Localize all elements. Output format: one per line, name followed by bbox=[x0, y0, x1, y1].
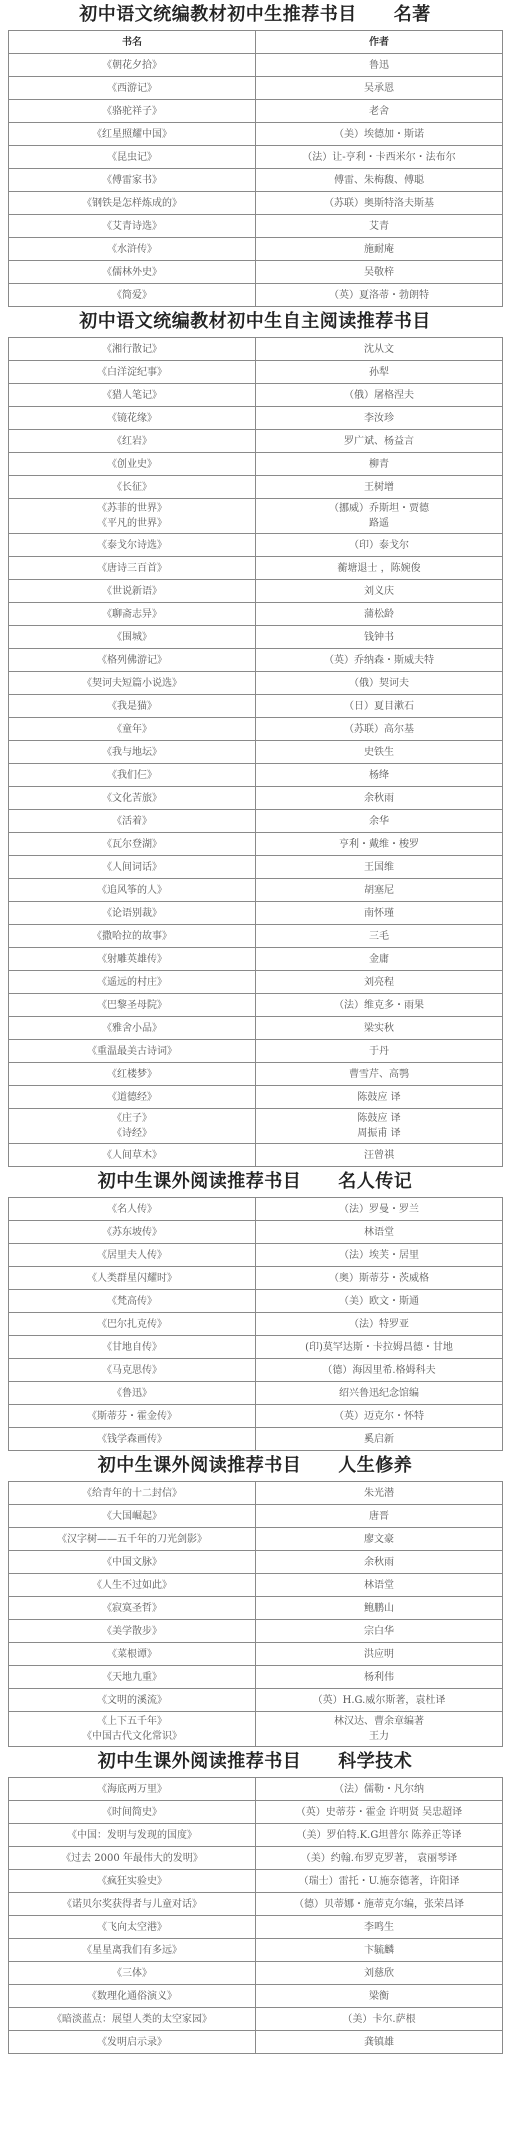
book-title-cell: 《雅舍小品》 bbox=[9, 1017, 256, 1040]
book-title-cell: 《傅雷家书》 bbox=[9, 169, 256, 192]
author-cell: 傅雷、朱梅馥、傅聪 bbox=[256, 169, 503, 192]
section-title: 初中生课外阅读推荐书目 名人传记 bbox=[0, 1167, 510, 1197]
author-cell: 余华 bbox=[256, 810, 503, 833]
book-title-cell: 《中国文脉》 bbox=[9, 1551, 256, 1574]
author-cell: 林语堂 bbox=[256, 1574, 503, 1597]
table-row: 《大国崛起》唐晋 bbox=[9, 1505, 503, 1528]
table-row: 《创业史》柳青 bbox=[9, 453, 503, 476]
author-cell: （印）泰戈尔 bbox=[256, 534, 503, 557]
table-row: 《红星照耀中国》（美）埃德加・斯诺 bbox=[9, 123, 503, 146]
author-cell: 陈鼓应 译 周振甫 译 bbox=[256, 1109, 503, 1144]
table-row: 《斯蒂芬・霍金传》（英）迈克尔・怀特 bbox=[9, 1405, 503, 1428]
table-row: 《我是猫》（日）夏目漱石 bbox=[9, 695, 503, 718]
table-row: 《人间草木》汪曾祺 bbox=[9, 1144, 503, 1167]
section-title: 初中语文统编教材初中生自主阅读推荐书目 bbox=[0, 307, 510, 337]
table-row: 《我们仨》杨绛 bbox=[9, 764, 503, 787]
table-row: 《撒哈拉的故事》三毛 bbox=[9, 925, 503, 948]
table-row: 《格列佛游记》（英）乔纳森・斯威夫特 bbox=[9, 649, 503, 672]
author-cell: （英）迈克尔・怀特 bbox=[256, 1405, 503, 1428]
table-row: 《艾青诗选》艾青 bbox=[9, 215, 503, 238]
section-title: 初中生课外阅读推荐书目 科学技术 bbox=[0, 1747, 510, 1777]
author-cell: 罗广斌、杨益言 bbox=[256, 430, 503, 453]
author-cell: （法）维克多・雨果 bbox=[256, 994, 503, 1017]
book-title-cell: 《唐诗三百首》 bbox=[9, 557, 256, 580]
book-title-cell: 《追风筝的人》 bbox=[9, 879, 256, 902]
table-row: 《瓦尔登湖》亨利・戴维・梭罗 bbox=[9, 833, 503, 856]
author-cell: （日）夏目漱石 bbox=[256, 695, 503, 718]
author-cell: （法）儒勒・凡尔纳 bbox=[256, 1778, 503, 1801]
section-title: 初中生课外阅读推荐书目 人生修养 bbox=[0, 1451, 510, 1481]
book-title-cell: 《活着》 bbox=[9, 810, 256, 833]
book-title-cell: 《天地九重》 bbox=[9, 1666, 256, 1689]
book-title-cell: 《朝花夕拾》 bbox=[9, 54, 256, 77]
book-title-cell: 《围城》 bbox=[9, 626, 256, 649]
table-row: 《水浒传》施耐庵 bbox=[9, 238, 503, 261]
table-row: 《文明的溪流》（英）H.G.威尔斯著，袁杜译 bbox=[9, 1689, 503, 1712]
author-cell: 宗白华 bbox=[256, 1620, 503, 1643]
table-row: 《钢铁是怎样炼成的》（苏联）奥斯特洛夫斯基 bbox=[9, 192, 503, 215]
book-title-cell: 《简爱》 bbox=[9, 284, 256, 307]
table-row: 《人间词话》王国维 bbox=[9, 856, 503, 879]
book-title-cell: 《马克思传》 bbox=[9, 1359, 256, 1382]
table-row: 《长征》王树增 bbox=[9, 476, 503, 499]
table-row: 《诺贝尔奖获得者与儿童对话》（德）贝蒂娜・施蒂克尔编，张荣昌译 bbox=[9, 1893, 503, 1916]
table-row: 《天地九重》杨利伟 bbox=[9, 1666, 503, 1689]
author-cell: 唐晋 bbox=[256, 1505, 503, 1528]
book-title-cell: 《文化苦旅》 bbox=[9, 787, 256, 810]
book-table: 《湘行散记》沈从文《白洋淀纪事》孙犁《猎人笔记》（俄）屠格涅夫《镜花缘》李汝珍《… bbox=[8, 337, 503, 1167]
book-title-cell: 《巴黎圣母院》 bbox=[9, 994, 256, 1017]
author-cell: 余秋雨 bbox=[256, 787, 503, 810]
book-title-cell: 《人生不过如此》 bbox=[9, 1574, 256, 1597]
table-row: 《菜根谭》洪应明 bbox=[9, 1643, 503, 1666]
table-row: 《数理化通俗演义》梁衡 bbox=[9, 1985, 503, 2008]
author-cell: （英）史蒂芬・霍金 许明贤 吴忠超译 bbox=[256, 1801, 503, 1824]
book-title-cell: 《暗淡蓝点：展望人类的太空家园》 bbox=[9, 2008, 256, 2031]
table-row: 《论语别裁》南怀瑾 bbox=[9, 902, 503, 925]
book-title-cell: 《大国崛起》 bbox=[9, 1505, 256, 1528]
book-title-cell: 《鲁迅》 bbox=[9, 1382, 256, 1405]
author-cell: 钱钟书 bbox=[256, 626, 503, 649]
author-cell: （法）让-亨利・卡西米尔・法布尔 bbox=[256, 146, 503, 169]
book-title-cell: 《人间词话》 bbox=[9, 856, 256, 879]
book-title-cell: 《人类群星闪耀时》 bbox=[9, 1267, 256, 1290]
author-cell: 梁衡 bbox=[256, 1985, 503, 2008]
table-row: 《疯狂实验史》（瑞士）雷托・U.施奈德著，许阳译 bbox=[9, 1870, 503, 1893]
author-cell: （美）卡尔.萨根 bbox=[256, 2008, 503, 2031]
author-cell: 李鸣生 bbox=[256, 1916, 503, 1939]
table-row: 《鲁迅》绍兴鲁迅纪念馆编 bbox=[9, 1382, 503, 1405]
table-row: 《汉字树——五千年的刀光剑影》廖文豪 bbox=[9, 1528, 503, 1551]
author-cell: 施耐庵 bbox=[256, 238, 503, 261]
book-title-cell: 《儒林外史》 bbox=[9, 261, 256, 284]
author-cell: 南怀瑾 bbox=[256, 902, 503, 925]
book-title-cell: 《射雕英雄传》 bbox=[9, 948, 256, 971]
author-cell: 绍兴鲁迅纪念馆编 bbox=[256, 1382, 503, 1405]
book-title-cell: 《飞向太空港》 bbox=[9, 1916, 256, 1939]
table-row: 《给青年的十二封信》朱光潜 bbox=[9, 1482, 503, 1505]
book-title-cell: 《过去 2000 年最伟大的发明》 bbox=[9, 1847, 256, 1870]
book-title-cell: 《中国：发明与发现的国度》 bbox=[9, 1824, 256, 1847]
author-cell: 汪曾祺 bbox=[256, 1144, 503, 1167]
table-row: 《昆虫记》（法）让-亨利・卡西米尔・法布尔 bbox=[9, 146, 503, 169]
book-title-cell: 《道德经》 bbox=[9, 1086, 256, 1109]
author-cell: （法）特罗亚 bbox=[256, 1313, 503, 1336]
book-title-cell: 《诺贝尔奖获得者与儿童对话》 bbox=[9, 1893, 256, 1916]
author-cell: 吴承恩 bbox=[256, 77, 503, 100]
table-row: 《苏东坡传》林语堂 bbox=[9, 1221, 503, 1244]
table-row: 《钱学森画传》奚启新 bbox=[9, 1428, 503, 1451]
table-row: 《唐诗三百首》蘅塘退士 ，陈婉俊 bbox=[9, 557, 503, 580]
table-row: 《飞向太空港》李鸣生 bbox=[9, 1916, 503, 1939]
author-cell: （美）埃德加・斯诺 bbox=[256, 123, 503, 146]
table-row: 《暗淡蓝点：展望人类的太空家园》（美）卡尔.萨根 bbox=[9, 2008, 503, 2031]
book-title-cell: 《苏菲的世界》 《平凡的世界》 bbox=[9, 499, 256, 534]
author-cell: 刘慈欣 bbox=[256, 1962, 503, 1985]
author-cell: （美）罗伯特.K.G坦普尔 陈养正等译 bbox=[256, 1824, 503, 1847]
author-cell: （法）埃芙・居里 bbox=[256, 1244, 503, 1267]
table-row: 《巴尔扎克传》（法）特罗亚 bbox=[9, 1313, 503, 1336]
book-title-cell: 《时间简史》 bbox=[9, 1801, 256, 1824]
table-row: 《世说新语》刘义庆 bbox=[9, 580, 503, 603]
author-cell: （美）约翰.布罗克罗著， 袁丽琴译 bbox=[256, 1847, 503, 1870]
book-title-cell: 《海底两万里》 bbox=[9, 1778, 256, 1801]
author-cell: （奥）斯蒂芬・茨威格 bbox=[256, 1267, 503, 1290]
column-header-author: 作者 bbox=[256, 31, 503, 54]
table-row: 《名人传》（法）罗曼・罗兰 bbox=[9, 1198, 503, 1221]
author-cell: 洪应明 bbox=[256, 1643, 503, 1666]
table-row: 《白洋淀纪事》孙犁 bbox=[9, 361, 503, 384]
book-title-cell: 《聊斋志异》 bbox=[9, 603, 256, 626]
table-row: 《中国：发明与发现的国度》（美）罗伯特.K.G坦普尔 陈养正等译 bbox=[9, 1824, 503, 1847]
author-cell: 林语堂 bbox=[256, 1221, 503, 1244]
book-title-cell: 《斯蒂芬・霍金传》 bbox=[9, 1405, 256, 1428]
author-cell: 柳青 bbox=[256, 453, 503, 476]
section-title: 初中语文统编教材初中生推荐书目 名著 bbox=[0, 0, 510, 30]
author-cell: 刘义庆 bbox=[256, 580, 503, 603]
table-row: 《泰戈尔诗选》（印）泰戈尔 bbox=[9, 534, 503, 557]
table-row: 《重温最美古诗词》于丹 bbox=[9, 1040, 503, 1063]
author-cell: 老舍 bbox=[256, 100, 503, 123]
author-cell: 曹雪芹、高鹗 bbox=[256, 1063, 503, 1086]
table-row: 《寂寞圣哲》鲍鹏山 bbox=[9, 1597, 503, 1620]
author-cell: 王树增 bbox=[256, 476, 503, 499]
table-row: 《马克思传》（德）海因里希.格姆科夫 bbox=[9, 1359, 503, 1382]
author-cell: （德）海因里希.格姆科夫 bbox=[256, 1359, 503, 1382]
author-cell: 梁实秋 bbox=[256, 1017, 503, 1040]
table-row: 《人生不过如此》林语堂 bbox=[9, 1574, 503, 1597]
author-cell: （俄）屠格涅夫 bbox=[256, 384, 503, 407]
book-title-cell: 《苏东坡传》 bbox=[9, 1221, 256, 1244]
table-row: 《雅舍小品》梁实秋 bbox=[9, 1017, 503, 1040]
book-title-cell: 《巴尔扎克传》 bbox=[9, 1313, 256, 1336]
book-table: 书名作者《朝花夕拾》鲁迅《西游记》吴承恩《骆驼祥子》老舍《红星照耀中国》（美）埃… bbox=[8, 30, 503, 307]
author-cell: 蒲松龄 bbox=[256, 603, 503, 626]
table-row: 《庄子》 《诗经》陈鼓应 译 周振甫 译 bbox=[9, 1109, 503, 1144]
book-title-cell: 《人间草木》 bbox=[9, 1144, 256, 1167]
table-row: 《追风筝的人》胡塞尼 bbox=[9, 879, 503, 902]
author-cell: 余秋雨 bbox=[256, 1551, 503, 1574]
table-row: 《契诃夫短篇小说选》（俄）契诃夫 bbox=[9, 672, 503, 695]
author-cell: 刘亮程 bbox=[256, 971, 503, 994]
book-title-cell: 《西游记》 bbox=[9, 77, 256, 100]
table-row: 《梵高传》（美）欧文・斯通 bbox=[9, 1290, 503, 1313]
author-cell: 杨利伟 bbox=[256, 1666, 503, 1689]
author-cell: 李汝珍 bbox=[256, 407, 503, 430]
author-cell: 鲍鹏山 bbox=[256, 1597, 503, 1620]
author-cell: 金庸 bbox=[256, 948, 503, 971]
book-title-cell: 《红楼梦》 bbox=[9, 1063, 256, 1086]
book-title-cell: 《重温最美古诗词》 bbox=[9, 1040, 256, 1063]
column-header-book: 书名 bbox=[9, 31, 256, 54]
author-cell: 王国维 bbox=[256, 856, 503, 879]
book-title-cell: 《长征》 bbox=[9, 476, 256, 499]
author-cell: （瑞士）雷托・U.施奈德著，许阳译 bbox=[256, 1870, 503, 1893]
author-cell: (印)莫罕达斯・卡拉姆昌德・甘地 bbox=[256, 1336, 503, 1359]
book-title-cell: 《我是猫》 bbox=[9, 695, 256, 718]
author-cell: 于丹 bbox=[256, 1040, 503, 1063]
book-title-cell: 《撒哈拉的故事》 bbox=[9, 925, 256, 948]
table-row: 《红岩》罗广斌、杨益言 bbox=[9, 430, 503, 453]
author-cell: 龚镇雄 bbox=[256, 2031, 503, 2054]
author-cell: 孙犁 bbox=[256, 361, 503, 384]
author-cell: （苏联）奥斯特洛夫斯基 bbox=[256, 192, 503, 215]
table-row: 《镜花缘》李汝珍 bbox=[9, 407, 503, 430]
book-title-cell: 《发明启示录》 bbox=[9, 2031, 256, 2054]
table-row: 《儒林外史》吴敬梓 bbox=[9, 261, 503, 284]
book-title-cell: 《水浒传》 bbox=[9, 238, 256, 261]
table-row: 《时间简史》（英）史蒂芬・霍金 许明贤 吴忠超译 bbox=[9, 1801, 503, 1824]
table-row: 《星星离我们有多远》卞毓麟 bbox=[9, 1939, 503, 1962]
book-title-cell: 《湘行散记》 bbox=[9, 338, 256, 361]
table-header-row: 书名作者 bbox=[9, 31, 503, 54]
book-title-cell: 《文明的溪流》 bbox=[9, 1689, 256, 1712]
table-row: 《上下五千年》 《中国古代文化常识》林汉达、曹余章编著 王力 bbox=[9, 1712, 503, 1747]
book-title-cell: 《钢铁是怎样炼成的》 bbox=[9, 192, 256, 215]
table-row: 《湘行散记》沈从文 bbox=[9, 338, 503, 361]
book-title-cell: 《猎人笔记》 bbox=[9, 384, 256, 407]
book-title-cell: 《菜根谭》 bbox=[9, 1643, 256, 1666]
table-row: 《道德经》陈鼓应 译 bbox=[9, 1086, 503, 1109]
table-row: 《过去 2000 年最伟大的发明》（美）约翰.布罗克罗著， 袁丽琴译 bbox=[9, 1847, 503, 1870]
table-row: 《射雕英雄传》金庸 bbox=[9, 948, 503, 971]
book-title-cell: 《星星离我们有多远》 bbox=[9, 1939, 256, 1962]
table-row: 《西游记》吴承恩 bbox=[9, 77, 503, 100]
table-row: 《简爱》（英）夏洛蒂・勃朗特 bbox=[9, 284, 503, 307]
book-title-cell: 《我们仨》 bbox=[9, 764, 256, 787]
author-cell: （挪威）乔斯坦・贾德 路遥 bbox=[256, 499, 503, 534]
book-title-cell: 《论语别裁》 bbox=[9, 902, 256, 925]
author-cell: （美）欧文・斯通 bbox=[256, 1290, 503, 1313]
author-cell: 杨绛 bbox=[256, 764, 503, 787]
author-cell: 三毛 bbox=[256, 925, 503, 948]
book-title-cell: 《童年》 bbox=[9, 718, 256, 741]
table-row: 《美学散步》宗白华 bbox=[9, 1620, 503, 1643]
table-row: 《中国文脉》余秋雨 bbox=[9, 1551, 503, 1574]
table-row: 《聊斋志异》蒲松龄 bbox=[9, 603, 503, 626]
author-cell: 艾青 bbox=[256, 215, 503, 238]
book-title-cell: 《三体》 bbox=[9, 1962, 256, 1985]
book-title-cell: 《创业史》 bbox=[9, 453, 256, 476]
book-title-cell: 《世说新语》 bbox=[9, 580, 256, 603]
book-title-cell: 《庄子》 《诗经》 bbox=[9, 1109, 256, 1144]
table-row: 《傅雷家书》傅雷、朱梅馥、傅聪 bbox=[9, 169, 503, 192]
book-table: 《名人传》（法）罗曼・罗兰《苏东坡传》林语堂《居里夫人传》（法）埃芙・居里《人类… bbox=[8, 1197, 503, 1451]
author-cell: 奚启新 bbox=[256, 1428, 503, 1451]
book-title-cell: 《瓦尔登湖》 bbox=[9, 833, 256, 856]
author-cell: （英）H.G.威尔斯著，袁杜译 bbox=[256, 1689, 503, 1712]
book-title-cell: 《甘地自传》 bbox=[9, 1336, 256, 1359]
author-cell: （德）贝蒂娜・施蒂克尔编，张荣昌译 bbox=[256, 1893, 503, 1916]
book-title-cell: 《白洋淀纪事》 bbox=[9, 361, 256, 384]
book-title-cell: 《给青年的十二封信》 bbox=[9, 1482, 256, 1505]
table-row: 《甘地自传》(印)莫罕达斯・卡拉姆昌德・甘地 bbox=[9, 1336, 503, 1359]
book-title-cell: 《艾青诗选》 bbox=[9, 215, 256, 238]
book-title-cell: 《镜花缘》 bbox=[9, 407, 256, 430]
author-cell: 卞毓麟 bbox=[256, 1939, 503, 1962]
table-row: 《苏菲的世界》 《平凡的世界》（挪威）乔斯坦・贾德 路遥 bbox=[9, 499, 503, 534]
book-title-cell: 《汉字树——五千年的刀光剑影》 bbox=[9, 1528, 256, 1551]
table-row: 《文化苦旅》余秋雨 bbox=[9, 787, 503, 810]
book-title-cell: 《格列佛游记》 bbox=[9, 649, 256, 672]
table-row: 《红楼梦》曹雪芹、高鹗 bbox=[9, 1063, 503, 1086]
author-cell: 鲁迅 bbox=[256, 54, 503, 77]
book-title-cell: 《昆虫记》 bbox=[9, 146, 256, 169]
author-cell: 吴敬梓 bbox=[256, 261, 503, 284]
table-row: 《巴黎圣母院》（法）维克多・雨果 bbox=[9, 994, 503, 1017]
author-cell: 林汉达、曹余章编著 王力 bbox=[256, 1712, 503, 1747]
book-title-cell: 《我与地坛》 bbox=[9, 741, 256, 764]
book-title-cell: 《遥远的村庄》 bbox=[9, 971, 256, 994]
book-title-cell: 《美学散步》 bbox=[9, 1620, 256, 1643]
author-cell: （法）罗曼・罗兰 bbox=[256, 1198, 503, 1221]
book-title-cell: 《契诃夫短篇小说选》 bbox=[9, 672, 256, 695]
author-cell: 胡塞尼 bbox=[256, 879, 503, 902]
table-row: 《朝花夕拾》鲁迅 bbox=[9, 54, 503, 77]
book-title-cell: 《梵高传》 bbox=[9, 1290, 256, 1313]
table-row: 《海底两万里》（法）儒勒・凡尔纳 bbox=[9, 1778, 503, 1801]
book-title-cell: 《上下五千年》 《中国古代文化常识》 bbox=[9, 1712, 256, 1747]
book-title-cell: 《居里夫人传》 bbox=[9, 1244, 256, 1267]
book-title-cell: 《疯狂实验史》 bbox=[9, 1870, 256, 1893]
author-cell: 廖文豪 bbox=[256, 1528, 503, 1551]
table-row: 《活着》余华 bbox=[9, 810, 503, 833]
table-row: 《三体》刘慈欣 bbox=[9, 1962, 503, 1985]
author-cell: 沈从文 bbox=[256, 338, 503, 361]
book-title-cell: 《骆驼祥子》 bbox=[9, 100, 256, 123]
book-table: 《给青年的十二封信》朱光潜《大国崛起》唐晋《汉字树——五千年的刀光剑影》廖文豪《… bbox=[8, 1481, 503, 1747]
author-cell: （英）夏洛蒂・勃朗特 bbox=[256, 284, 503, 307]
author-cell: 蘅塘退士 ，陈婉俊 bbox=[256, 557, 503, 580]
book-title-cell: 《红岩》 bbox=[9, 430, 256, 453]
author-cell: 朱光潜 bbox=[256, 1482, 503, 1505]
table-row: 《童年》（苏联）高尔基 bbox=[9, 718, 503, 741]
table-row: 《人类群星闪耀时》（奥）斯蒂芬・茨威格 bbox=[9, 1267, 503, 1290]
author-cell: 陈鼓应 译 bbox=[256, 1086, 503, 1109]
table-row: 《居里夫人传》（法）埃芙・居里 bbox=[9, 1244, 503, 1267]
book-title-cell: 《数理化通俗演义》 bbox=[9, 1985, 256, 2008]
table-row: 《我与地坛》史铁生 bbox=[9, 741, 503, 764]
book-table: 《海底两万里》（法）儒勒・凡尔纳《时间简史》（英）史蒂芬・霍金 许明贤 吴忠超译… bbox=[8, 1777, 503, 2054]
book-title-cell: 《寂寞圣哲》 bbox=[9, 1597, 256, 1620]
reading-list-document: 初中语文统编教材初中生推荐书目 名著书名作者《朝花夕拾》鲁迅《西游记》吴承恩《骆… bbox=[0, 0, 510, 2054]
book-title-cell: 《钱学森画传》 bbox=[9, 1428, 256, 1451]
author-cell: （苏联）高尔基 bbox=[256, 718, 503, 741]
book-title-cell: 《红星照耀中国》 bbox=[9, 123, 256, 146]
book-title-cell: 《泰戈尔诗选》 bbox=[9, 534, 256, 557]
table-row: 《发明启示录》龚镇雄 bbox=[9, 2031, 503, 2054]
author-cell: 亨利・戴维・梭罗 bbox=[256, 833, 503, 856]
table-row: 《猎人笔记》（俄）屠格涅夫 bbox=[9, 384, 503, 407]
table-row: 《遥远的村庄》刘亮程 bbox=[9, 971, 503, 994]
table-row: 《围城》钱钟书 bbox=[9, 626, 503, 649]
author-cell: （俄）契诃夫 bbox=[256, 672, 503, 695]
book-title-cell: 《名人传》 bbox=[9, 1198, 256, 1221]
table-row: 《骆驼祥子》老舍 bbox=[9, 100, 503, 123]
author-cell: （英）乔纳森・斯威夫特 bbox=[256, 649, 503, 672]
author-cell: 史铁生 bbox=[256, 741, 503, 764]
